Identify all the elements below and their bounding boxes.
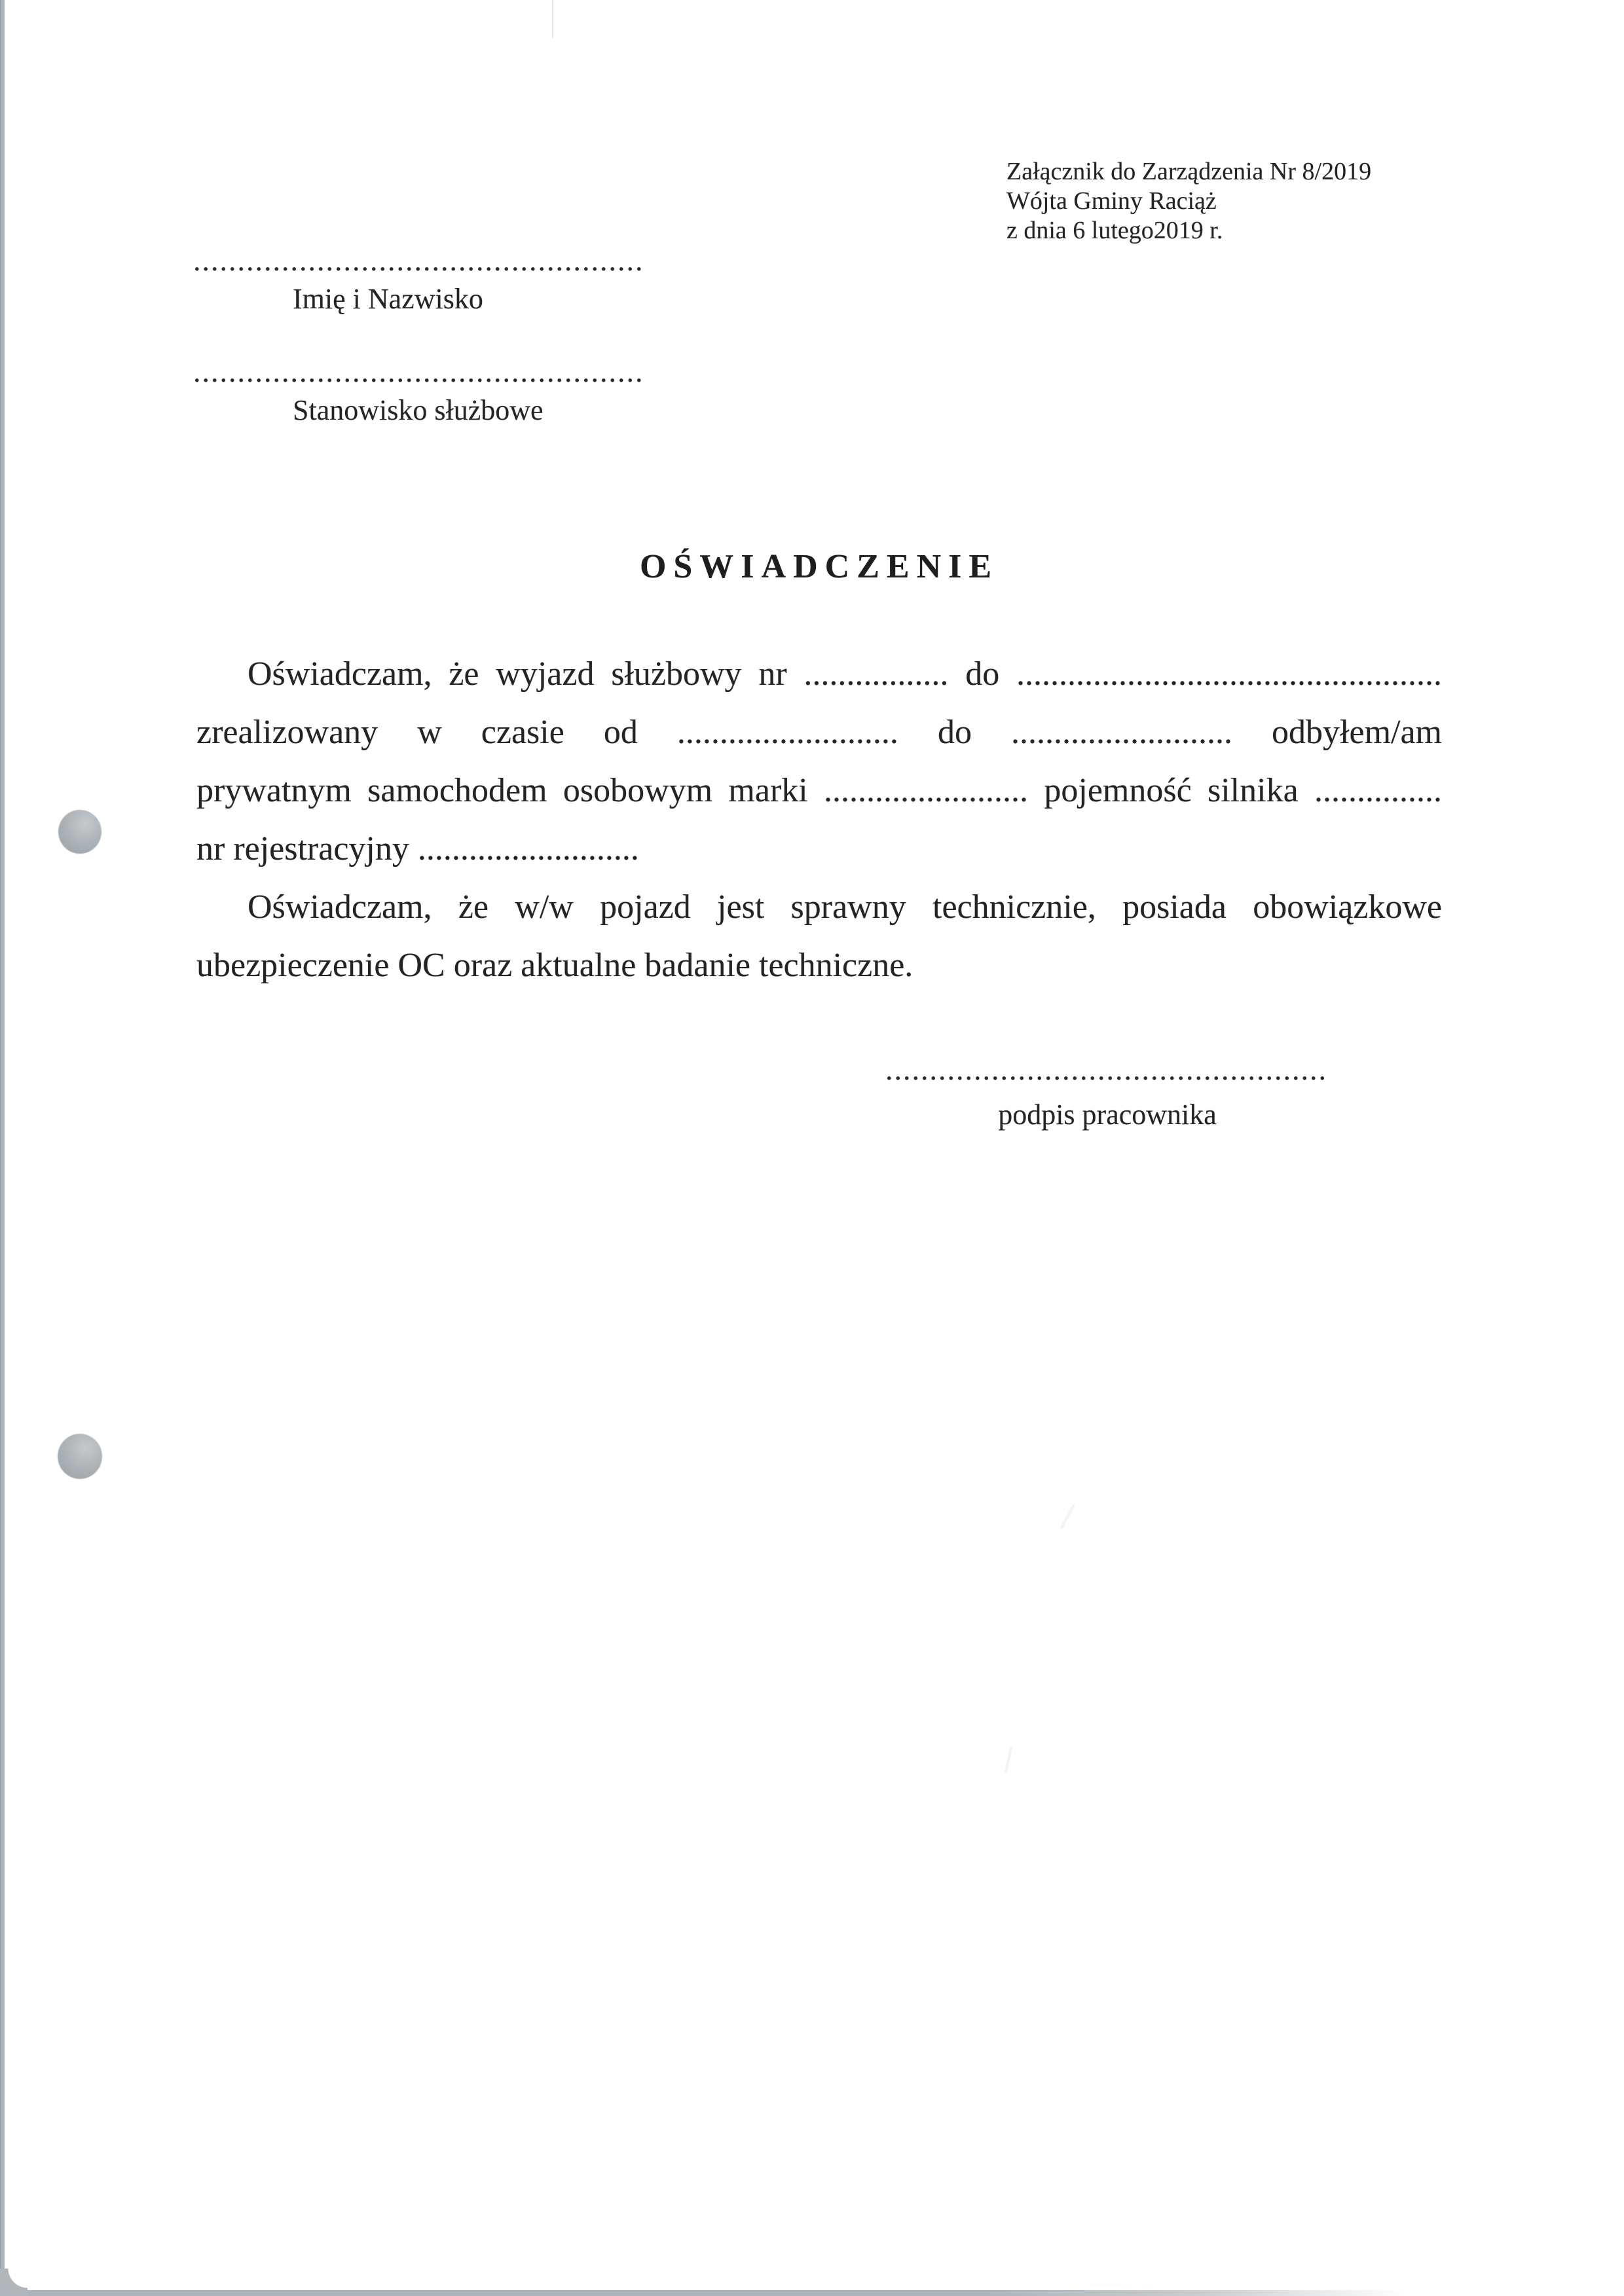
paragraph2-line2: ubezpieczenie OC oraz aktualne badanie t… — [196, 936, 1442, 994]
paragraph1-line1: Oświadczam, że wyjazd służbowy nr ......… — [196, 645, 1442, 703]
name-field-label: Imię i Nazwisko — [293, 283, 483, 316]
scan-bottom-edge — [0, 2290, 1408, 2296]
hole-punch-mark-bottom — [58, 1434, 102, 1479]
scanned-document-page: { "document": { "attachment_note": { "li… — [0, 0, 1624, 2296]
paper-sheet: Załącznik do Zarządzenia Nr 8/2019 Wójta… — [0, 0, 1624, 2296]
attachment-note-line-2: Wójta Gminy Raciąż — [1006, 187, 1371, 216]
document-title: OŚWIADCZENIE — [196, 547, 1442, 586]
scan-scratch-artifact — [1005, 1747, 1012, 1773]
name-dotted-line: ........................................… — [193, 244, 645, 278]
position-dotted-line: ........................................… — [193, 355, 645, 389]
paragraph1-line4: nr rejestracyjny .......................… — [196, 820, 1442, 878]
attachment-note: Załącznik do Zarządzenia Nr 8/2019 Wójta… — [1006, 157, 1371, 246]
scan-rounded-corner — [0, 2269, 28, 2296]
scan-hairline-artifact — [552, 0, 553, 38]
attachment-note-line-3: z dnia 6 lutego2019 r. — [1006, 216, 1371, 246]
signature-label: podpis pracownika — [885, 1099, 1329, 1131]
scan-left-edge — [0, 0, 5, 2296]
signature-dotted-line: ........................................… — [885, 1053, 1329, 1087]
paragraph1-line3: prywatnym samochodem osobowym marki ....… — [196, 761, 1442, 820]
paragraph1-line2: zrealizowany w czasie od ...............… — [196, 703, 1442, 761]
scan-scratch-artifact — [1060, 1504, 1075, 1530]
hole-punch-mark-top — [58, 810, 101, 854]
position-field-label: Stanowisko służbowe — [293, 394, 544, 427]
declaration-body: Oświadczam, że wyjazd służbowy nr ......… — [196, 645, 1442, 994]
attachment-note-line-1: Załącznik do Zarządzenia Nr 8/2019 — [1006, 157, 1371, 187]
paragraph2-line1: Oświadczam, że w/w pojazd jest sprawny t… — [196, 878, 1442, 936]
